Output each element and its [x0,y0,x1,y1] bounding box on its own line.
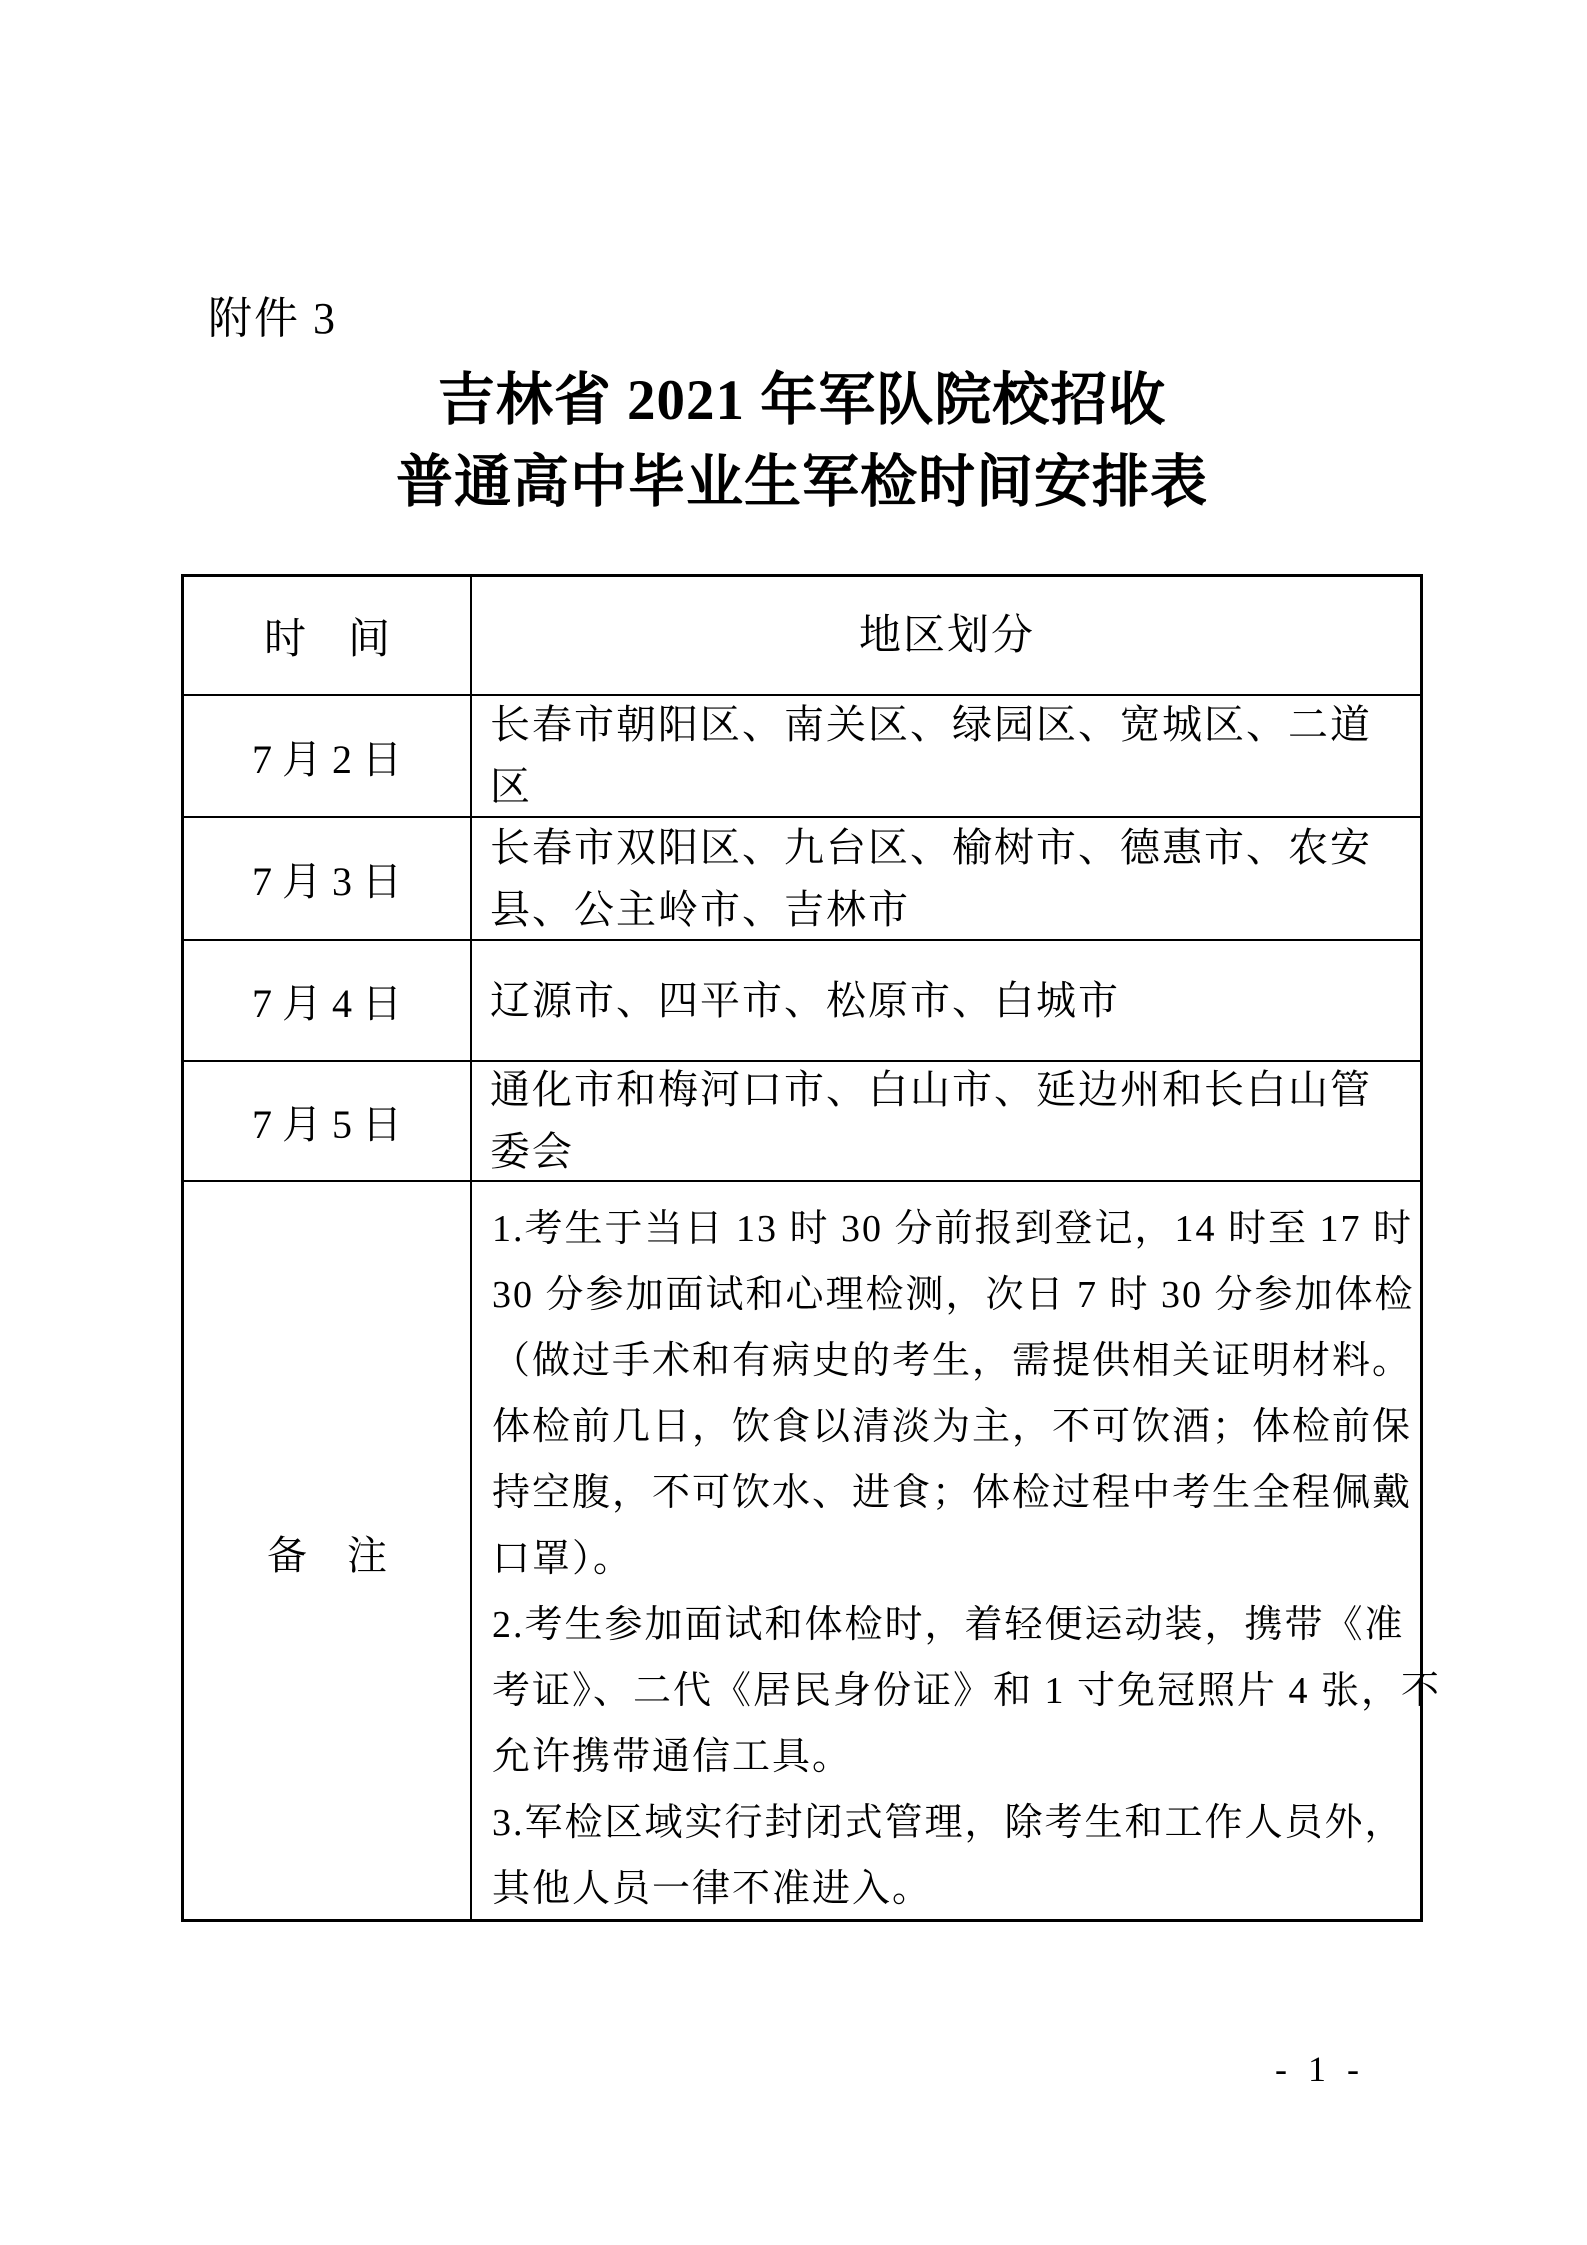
remark-line: 2.考生参加面试和体检时，着轻便运动装，携带《准 [492,1592,1441,1658]
region-cell: 通化市和梅河口市、白山市、延边州和长白山管委会 [470,1062,1420,1180]
remark-line: 30 分参加面试和心理检测，次日 7 时 30 分参加体检 [492,1262,1441,1328]
table-header-row: 时 间 地区划分 [184,577,1420,694]
remarks-label-cell: 备 注 [184,1182,470,1922]
date-cell: 7 月 5 日 [184,1062,470,1180]
table-row: 7 月 3 日 长春市双阳区、九台区、榆树市、德惠市、农安县、公主岭市、吉林市 [184,816,1420,939]
remark-line: 考证》、二代《居民身份证》和 1 寸免冠照片 4 张，不 [492,1658,1441,1724]
header-time-cell: 时 间 [184,577,470,694]
date-cell: 7 月 4 日 [184,941,470,1060]
remark-line: 持空腹，不可饮水、进食；体检过程中考生全程佩戴 [492,1460,1441,1526]
schedule-table: 时 间 地区划分 7 月 2 日 长春市朝阳区、南关区、绿园区、宽城区、二道区 … [181,574,1423,1922]
table-row: 7 月 4 日 辽源市、四平市、松原市、白城市 [184,939,1420,1060]
header-region-cell: 地区划分 [470,577,1420,694]
remark-line: 3.军检区域实行封闭式管理，除考生和工作人员外， [492,1790,1441,1856]
remark-line: 其他人员一律不准进入。 [492,1856,1441,1922]
document-title: 吉林省 2021 年军队院校招收 普通高中毕业生军检时间安排表 [181,360,1423,524]
remark-line: 1.考生于当日 13 时 30 分前报到登记，14 时至 17 时 [492,1196,1441,1262]
region-cell: 长春市双阳区、九台区、榆树市、德惠市、农安县、公主岭市、吉林市 [470,818,1420,939]
remarks-row: 备 注 1.考生于当日 13 时 30 分前报到登记，14 时至 17 时 30… [184,1180,1420,1922]
document-title-line2: 普通高中毕业生军检时间安排表 [181,442,1423,524]
remark-line: （做过手术和有病史的考生，需提供相关证明材料。 [492,1328,1441,1394]
table-row: 7 月 5 日 通化市和梅河口市、白山市、延边州和长白山管委会 [184,1060,1420,1180]
attachment-label: 附件 3 [208,282,337,346]
region-cell: 辽源市、四平市、松原市、白城市 [470,941,1420,1060]
remark-line: 允许携带通信工具。 [492,1724,1441,1790]
remarks-text-cell: 1.考生于当日 13 时 30 分前报到登记，14 时至 17 时 30 分参加… [470,1182,1457,1922]
date-cell: 7 月 3 日 [184,818,470,939]
date-cell: 7 月 2 日 [184,696,470,816]
document-title-line1: 吉林省 2021 年军队院校招收 [181,360,1423,442]
table-row: 7 月 2 日 长春市朝阳区、南关区、绿园区、宽城区、二道区 [184,694,1420,816]
region-cell: 长春市朝阳区、南关区、绿园区、宽城区、二道区 [470,696,1420,816]
page-number: - 1 - [1230,2048,1410,2090]
remark-line: 口罩）。 [492,1526,1441,1592]
remark-line: 体检前几日，饮食以清淡为主，不可饮酒；体检前保 [492,1394,1441,1460]
